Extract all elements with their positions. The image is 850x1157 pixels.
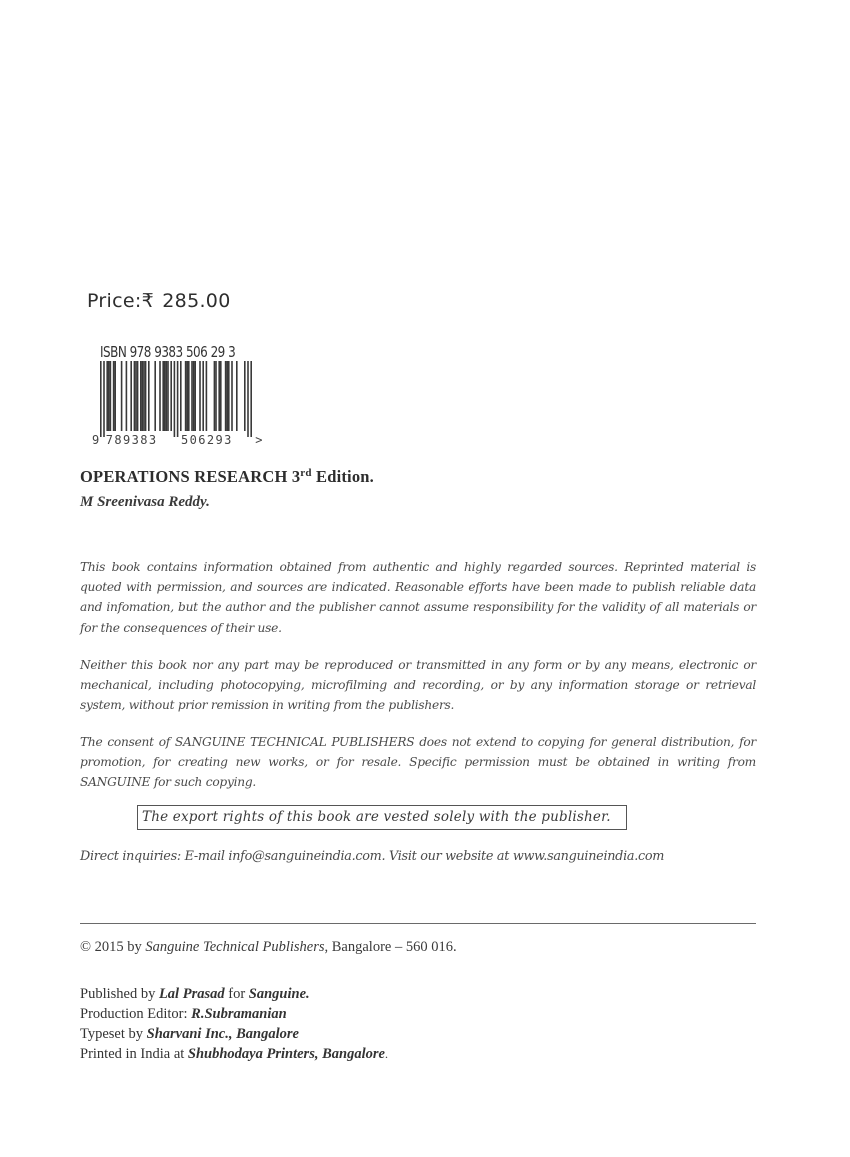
divider (80, 923, 756, 924)
isbn-label: ISBN 978 9383 506 29 3 (100, 343, 235, 361)
svg-text:9: 9 (92, 433, 101, 447)
inquiries-line: Direct inquiries: E-mail info@sanguinein… (80, 849, 760, 864)
svg-text:789383: 789383 (106, 433, 158, 447)
book-title: OPERATIONS RESEARCH 3rd Edition. (80, 467, 374, 487)
price-amount: 285.00 (162, 290, 230, 312)
edition-superscript: rd (300, 467, 311, 479)
reproduction-notice: Neither this book nor any part may be re… (80, 655, 756, 716)
price-label: Price: (87, 290, 142, 312)
credit-production-editor: Production Editor: R.Subramanian (80, 1004, 388, 1024)
svg-text:>: > (255, 433, 264, 447)
book-author: M Sreenivasa Reddy. (80, 494, 210, 511)
barcode-icon: 9789383506293> (92, 361, 272, 449)
svg-text:506293: 506293 (181, 433, 233, 447)
consent-notice: The consent of SANGUINE TECHNICAL PUBLIS… (80, 732, 756, 793)
price: Price:₹ 285.00 (87, 290, 231, 312)
credit-typeset: Typeset by Sharvani Inc., Bangalore (80, 1024, 388, 1044)
export-rights-notice: The export rights of this book are veste… (137, 805, 627, 830)
credit-printed: Printed in India at Shubhodaya Printers,… (80, 1044, 388, 1064)
rupee-symbol: ₹ (142, 290, 154, 312)
credit-published-by: Published by Lal Prasad for Sanguine. (80, 984, 388, 1004)
isbn-barcode: ISBN 978 9383 506 29 3 9789383506293> (92, 343, 272, 448)
credits: Published by Lal Prasad for Sanguine. Pr… (80, 984, 388, 1064)
disclaimer-paragraph: This book contains information obtained … (80, 557, 756, 638)
publisher-name: Sanguine Technical Publishers (145, 939, 324, 955)
copyright-line: © 2015 by Sanguine Technical Publishers,… (80, 939, 457, 956)
